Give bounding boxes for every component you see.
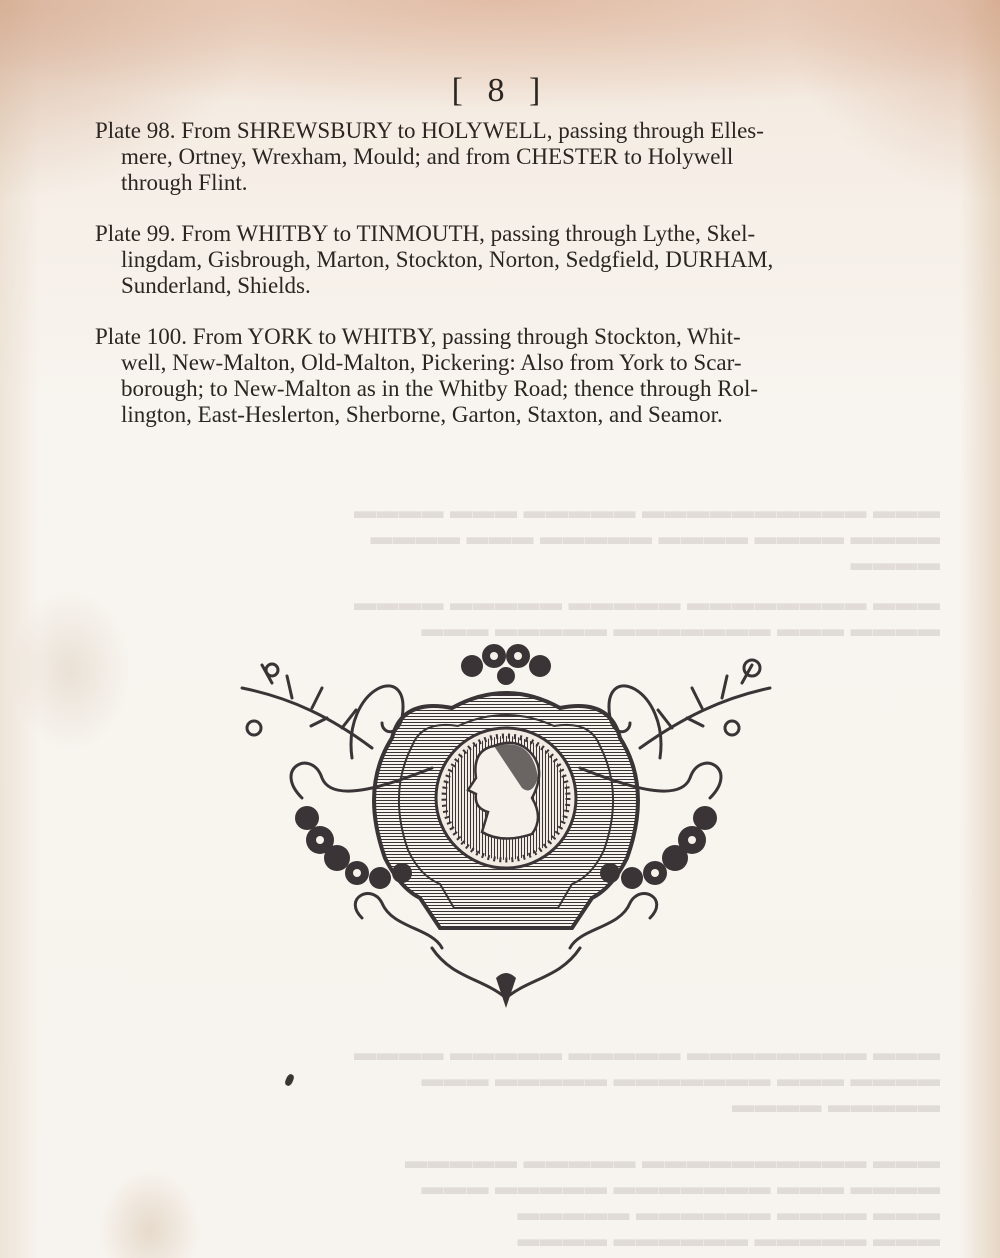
entry-line: well, New-Malton, Old-Malton, Pickering:… [95, 350, 943, 376]
entry-line: Plate 100. From YORK to WHITBY, passing … [95, 324, 943, 350]
entry-line: lington, East-Heslerton, Sherborne, Gart… [95, 402, 943, 428]
show-through-text: ▬▬▬ ▬▬▬▬▬▬▬▬▬▬ ▬▬▬▬▬ ▬▬▬ ▬▬▬▬▬▬▬▬ ▬▬▬▬ ▬… [100, 498, 940, 576]
entry-line: through Flint. [95, 170, 943, 196]
show-through-text: ▬▬▬ ▬▬▬▬▬▬▬▬ ▬▬▬▬▬ ▬▬▬▬▬ ▬▬▬▬▬▬▬▬ ▬▬▬ ▬▬… [100, 1040, 940, 1118]
plate-entry-100: Plate 100. From YORK to WHITBY, passing … [95, 324, 943, 428]
entry-line: lingdam, Gisbrough, Marton, Stockton, No… [95, 247, 943, 273]
entry-line: mere, Ortney, Wrexham, Mould; and from C… [95, 144, 943, 170]
plate-entry-99: Plate 99. From WHITBY to TINMOUTH, passi… [95, 221, 943, 299]
entry-line: Plate 99. From WHITBY to TINMOUTH, passi… [95, 221, 943, 247]
entry-line: Plate 98. From SHREWSBURY to HOLYWELL, p… [95, 118, 943, 144]
entry-line: Sunderland, Shields. [95, 273, 943, 299]
show-through-text: ▬▬▬ ▬▬▬▬▬▬▬▬▬▬ ▬▬▬▬▬ ▬▬▬▬▬▬▬▬▬ ▬▬▬ ▬▬▬▬▬… [100, 1148, 940, 1252]
plate-entry-98: Plate 98. From SHREWSBURY to HOLYWELL, p… [95, 118, 943, 196]
ornament-vignette-icon [232, 628, 780, 1010]
page-number: [ 8 ] [0, 72, 1000, 110]
entry-line: borough; to New-Malton as in the Whitby … [95, 376, 943, 402]
